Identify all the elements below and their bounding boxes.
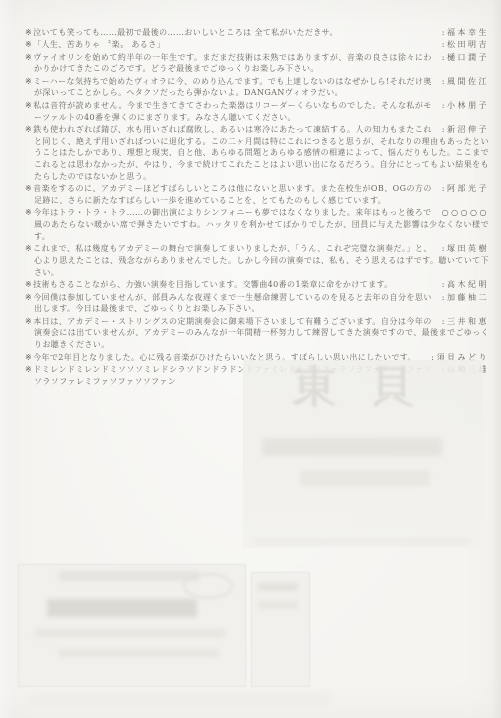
- entry-author-name: :山崎三雄: [432, 364, 489, 376]
- entry-text: 今回僕は参加していませんが、部員みんな夜遅くまで一生懸命練習しているのを見ると去…: [33, 293, 432, 314]
- testimonial-entry: ○○○○○ ※今年はトラ・トラ・トラ……の御出演によりシンフォニーも夢ではなくな…: [25, 207, 489, 242]
- testimonial-entry: :阿部光子 ※音楽をするのに、アカデミーほどすばらしいところは他にないと思います…: [25, 183, 489, 207]
- testimonial-entry: :新沼伸子 ※鉄も使われざれば錆び、水も用いざれば腐敗し、あるいは寒冷にあたって…: [25, 124, 489, 183]
- reference-mark-icon: ※: [25, 77, 33, 86]
- author-name-text: 新沼伸子: [447, 125, 489, 134]
- author-name-text: 風間佐江: [447, 77, 489, 86]
- author-name-text: 福本幸生: [447, 28, 489, 37]
- reference-mark-icon: ※: [25, 125, 33, 134]
- entry-author-name: :福本幸生: [432, 27, 489, 39]
- entry-author-name: ○○○○○: [432, 207, 489, 219]
- author-name-text: 松田明吉: [447, 40, 489, 49]
- reference-mark-icon: ※: [25, 317, 33, 326]
- entry-text: これまで、私は幾度もアカデミーの舞台で演奏してまいりましたが、「うん、これぞ完璧…: [33, 244, 489, 277]
- entry-text: ドミレンドミレンドミソソソミレドシラソドンドラドンドファミレドシラソファラソラフ…: [33, 365, 432, 386]
- author-name-text: ○○○○○: [442, 208, 489, 217]
- testimonial-entry: :福本幸生 ※泣いても笑っても……最初で最後の……おいしいところは 全て私がいた…: [25, 27, 489, 39]
- author-name-text: 山崎三雄: [447, 365, 489, 374]
- author-name-text: 阿部光子: [447, 184, 489, 193]
- entry-author-name: :塚田英樹: [432, 243, 489, 255]
- author-name-text: 樋口潤子: [447, 53, 489, 62]
- entry-text: 泣いても笑っても……最初で最後の……おいしいところは 全て私がいただきサ。: [33, 28, 338, 37]
- entry-text: 技術もさることながら、力強い演奏を目指しています。交響曲40番の1楽章に命をかけ…: [33, 280, 393, 289]
- entry-author-name: :樋口潤子: [432, 52, 489, 64]
- testimonial-entry: :風間佐江 ※ミーハーな気持ちで始めたヴィオラに今、のめり込んでます。でも上達し…: [25, 76, 489, 100]
- reference-mark-icon: ※: [25, 280, 33, 289]
- author-name-text: 加藤柚二: [447, 293, 489, 302]
- entry-author-name: :風間佐江: [432, 76, 489, 88]
- reference-mark-icon: ※: [25, 28, 33, 37]
- reference-mark-icon: ※: [25, 208, 33, 217]
- entry-author-name: :小林朋子: [432, 100, 489, 112]
- author-name-text: 三井和恵: [447, 317, 489, 326]
- entry-author-name: :阿部光子: [432, 183, 489, 195]
- entry-text: ミーハーな気持ちで始めたヴィオラに今、のめり込んでます。でも上達しないのはなぜか…: [33, 77, 432, 98]
- testimonial-entry: :塚田英樹 ※これまで、私は幾度もアカデミーの舞台で演奏してまいりましたが、「う…: [25, 243, 489, 278]
- reference-mark-icon: ※: [25, 293, 33, 302]
- reference-mark-icon: ※: [25, 53, 33, 62]
- entry-author-name: :高木紀明: [432, 279, 489, 291]
- entry-text: 音楽をするのに、アカデミーほどすばらしいところは他にないと思います。また在校生が…: [33, 184, 432, 205]
- testimonial-list: :福本幸生 ※泣いても笑っても……最初で最後の……おいしいところは 全て私がいた…: [25, 27, 489, 388]
- author-name-text: 高木紀明: [447, 280, 489, 289]
- entry-text: 鉄も使われざれば錆び、水も用いざれば腐敗し、あるいは寒冷にあたって凍結する。人の…: [33, 125, 489, 181]
- entry-text: 私は音符が読めません。今まで生きてきてさわった楽器はリコーダーくらいなものでした…: [33, 101, 432, 122]
- testimonial-entry: :加藤柚二 ※今回僕は参加していませんが、部員みんな夜遅くまで一生懸命練習してい…: [25, 292, 489, 316]
- author-name-text: 塚田英樹: [447, 244, 489, 253]
- entry-author-name: :松田明吉: [432, 39, 489, 51]
- testimonial-entry: :須貝みどり ※今年で2年目となりました。心に残る音楽がひけたらいいなと思う。す…: [25, 352, 489, 364]
- entry-author-name: :新沼伸子: [432, 124, 489, 136]
- entry-text: 「人生、苦ありゃ 〝楽〟 あるさ」: [33, 40, 165, 49]
- reference-mark-icon: ※: [25, 244, 33, 253]
- reference-mark-icon: ※: [25, 365, 33, 374]
- testimonial-entry: :樋口潤子 ※ヴァイオリンを始めて約半年の一年生です。まだまだ技術は未熟ではあり…: [25, 52, 489, 76]
- entry-author-name: :須貝みどり: [421, 352, 489, 364]
- testimonial-entry: :高木紀明 ※技術もさることながら、力強い演奏を目指しています。交響曲40番の1…: [25, 279, 489, 291]
- author-name-text: 須貝みどり: [437, 353, 490, 362]
- entry-text: 本日は、アカデミー・ストリングスの定期演奏会に御来場下さいまして有難うございます…: [33, 317, 489, 350]
- entry-text: 今年はトラ・トラ・トラ……の御出演によりシンフォニーも夢ではなくなりました。来年…: [33, 208, 489, 241]
- reference-mark-icon: ※: [25, 353, 33, 362]
- reference-mark-icon: ※: [25, 184, 33, 193]
- entry-text: 今年で2年目となりました。心に残る音楽がひけたらいいなと思う。すばらしい思い出に…: [33, 353, 416, 362]
- entry-text: ヴァイオリンを始めて約半年の一年生です。まだまだ技術は未熟ではありますが、音楽の…: [33, 53, 432, 74]
- entry-author-name: :加藤柚二: [432, 292, 489, 304]
- reference-mark-icon: ※: [25, 101, 33, 110]
- testimonial-entry: :三井和恵 ※本日は、アカデミー・ストリングスの定期演奏会に御来場下さいまして有…: [25, 316, 489, 351]
- testimonial-entry: :松田明吉 ※「人生、苦ありゃ 〝楽〟 あるさ」: [25, 39, 489, 51]
- testimonial-entry: :小林朋子 ※私は音符が読めません。今まで生きてきてさわった楽器はリコーダーくら…: [25, 100, 489, 124]
- author-name-text: 小林朋子: [447, 101, 489, 110]
- testimonial-entry: :山崎三雄 ※ドミレンドミレンドミソソソミレドシラソドンドラドンドファミレドシラ…: [25, 364, 489, 388]
- reference-mark-icon: ※: [25, 40, 33, 49]
- entry-author-name: :三井和恵: [432, 316, 489, 328]
